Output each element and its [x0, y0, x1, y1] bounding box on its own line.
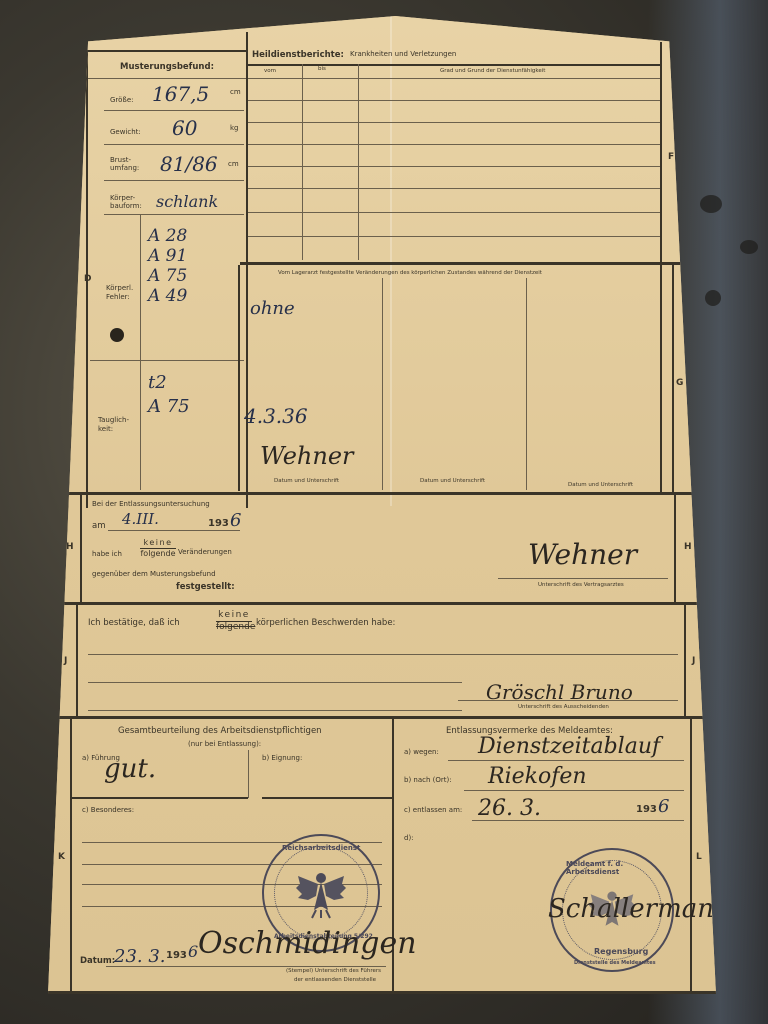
margin-letter-g: G [676, 378, 683, 388]
koerperbau-label: Körper-bauform: [110, 194, 146, 210]
signature-rule [498, 578, 668, 579]
section-l-nach-label: b) nach (Ort): [404, 776, 452, 784]
paper-fold [390, 16, 392, 506]
lagerarzt-col-rule [526, 278, 527, 490]
section-l-nach-value: Riekofen [488, 764, 587, 789]
section-h-line1: Bei der Entlassungsuntersuchung [92, 500, 210, 508]
section-j-right-rule [684, 605, 686, 717]
section-l-wegen-value: Dienstzeitablauf [478, 734, 660, 759]
row-rule [248, 236, 660, 237]
stamp-top-text: Reichsarbeitsdienst [282, 844, 360, 852]
section-h-top-rule [62, 492, 702, 495]
rule [104, 214, 244, 215]
brust-value: 81/86 [160, 152, 218, 176]
rule-dotted [448, 760, 684, 761]
lagerarzt-left-rule [238, 265, 240, 491]
section-j-top-rule [58, 602, 714, 605]
section-h-am-label: am [92, 521, 106, 531]
row-rule [248, 100, 660, 101]
margin-letter-h-left: H [66, 542, 74, 552]
col-rule [302, 64, 303, 260]
rule-dotted [464, 790, 684, 791]
lagerarzt-title: Vom Lagerarzt festgestellte Veränderunge… [278, 270, 542, 276]
margin-letter-h-right: H [684, 542, 692, 552]
lagerarzt-signature: Wehner [260, 442, 354, 470]
section-l-wegen-label: a) wegen: [404, 748, 439, 756]
section-l-year-prefix: 193 [636, 804, 657, 815]
row-rule [248, 122, 660, 123]
signature-rule [458, 700, 678, 701]
groesse-value: 167,5 [152, 82, 209, 106]
section-k-subtitle: (nur bei Entlassung): [188, 740, 261, 748]
section-j-text-before: Ich bestätige, daß ich [88, 618, 180, 628]
stamp-footer-text: Dienststelle des Meldeamtes [574, 960, 656, 966]
bottom-rule [48, 991, 716, 994]
background-spot [740, 240, 758, 254]
heildienst-header-rule [248, 64, 660, 66]
section-h-festgestellt: festgestellt: [176, 582, 235, 592]
col-rule [358, 64, 359, 260]
section-k-datum-year-suffix: 6 [188, 942, 198, 961]
rule [72, 797, 248, 799]
groesse-unit: cm [230, 88, 241, 96]
col-vom: vom [264, 68, 276, 74]
lagerarzt-entry-text: ohne [250, 298, 295, 319]
lagerarzt-footer-3: Datum und Unterschrift [568, 482, 633, 488]
tauglichkeit-value-2: A 75 [148, 396, 190, 417]
section-l-entlassen-label: c) entlassen am: [404, 806, 462, 814]
heildienst-bottom-rule [240, 262, 690, 265]
section-l-right-rule [690, 719, 692, 991]
section-l-signature: Schallermann [548, 894, 731, 924]
section-h-keine-folgende: keine folgende [140, 538, 176, 558]
lagerarzt-footer-2: Datum und Unterschrift [420, 478, 485, 484]
rule [88, 682, 462, 683]
border-top-left [86, 50, 248, 52]
brust-label: Brust-umfang: [110, 156, 144, 172]
brust-unit: cm [228, 160, 239, 168]
divider-musterung [246, 32, 248, 508]
section-k-left-rule [70, 719, 72, 991]
lagerarzt-col-rule [382, 278, 383, 490]
section-j-keine-folgende: keine folgende [216, 610, 252, 632]
rule [104, 180, 244, 181]
section-h-keine: keine [140, 538, 176, 549]
document-sheet: Musterungsbefund: Größe: 167,5 cm Gewich… [48, 16, 716, 994]
background-spot [700, 195, 722, 213]
heildienst-subtitle: Krankheiten und Verletzungen [350, 50, 456, 58]
row-rule [248, 78, 660, 79]
section-h-gegenueber: gegenüber dem Musterungsbefund [92, 570, 216, 578]
section-j-folgende-struck: folgende [216, 622, 252, 632]
section-k-sig-label-2: der entlassenden Dienststelle [294, 977, 376, 983]
lagerarzt-footer-1: Datum und Unterschrift [274, 478, 339, 484]
lagerarzt-entry-date: 4.3.36 [244, 404, 308, 428]
gewicht-label: Gewicht: [110, 128, 141, 136]
section-k-datum-year-prefix: 193 [166, 950, 187, 961]
rule [262, 797, 392, 799]
section-k-top-rule [48, 716, 716, 719]
fehler-value-3: A 75 [148, 266, 187, 286]
fehler-value-4: A 49 [148, 286, 187, 306]
row-rule [248, 144, 660, 145]
fehler-value-2: A 91 [148, 246, 187, 266]
section-l-entlassen-value: 26. 3. [478, 796, 541, 821]
section-h-veraenderungen: Veränderungen [178, 548, 232, 556]
section-j-left-rule [76, 605, 78, 717]
fehler-label: Körperl. Fehler: [106, 284, 138, 302]
margin-letter-j-right: J [692, 656, 695, 666]
rule [88, 78, 246, 79]
section-k-eignung-label: b) Eignung: [262, 754, 302, 762]
section-h-year-suffix: 6 [230, 510, 241, 531]
section-j-signature-label: Unterschrift des Ausscheidenden [518, 704, 609, 710]
section-k-besonderes-label: c) Besonderes: [82, 806, 134, 814]
rule [90, 360, 244, 361]
rule-vertical [140, 214, 141, 490]
rule-dotted [472, 820, 684, 821]
section-j-keine: keine [216, 610, 252, 622]
heildienst-title: Heildienstberichte: [252, 50, 344, 60]
punch-hole [110, 328, 124, 342]
koerperbau-value: schlank [156, 192, 218, 211]
col-bis: bis [318, 66, 326, 72]
margin-letter-k: K [58, 852, 65, 862]
margin-letter-j-left: J [64, 656, 67, 666]
gewicht-unit: kg [230, 124, 239, 132]
section-j-text-after: körperlichen Beschwerden habe: [256, 618, 395, 628]
section-k-signature: Oschmidingen [198, 926, 417, 961]
col-grad: Grad und Grund der Dienstunfähigkeit [440, 68, 545, 74]
section-k-datum-label: Datum: [80, 956, 115, 966]
groesse-label: Größe: [110, 96, 134, 104]
rule [88, 654, 678, 655]
border-right-upper [660, 42, 662, 492]
section-h-right-rule [674, 495, 676, 603]
section-l-d-label: d): [404, 834, 414, 842]
stamp-top-text: Meldeamt f. d. Arbeitsdienst [566, 860, 672, 876]
stamp-bottom-text: Regensburg [594, 947, 648, 956]
section-h-folgende: folgende [140, 549, 176, 558]
rule-dotted [108, 530, 240, 531]
margin-letter-d: D [84, 274, 91, 284]
rule [88, 710, 462, 711]
fehler-value-1: A 28 [148, 226, 187, 246]
section-h-am-value: 4.III. [122, 510, 159, 528]
tauglichkeit-value-1: t2 [148, 372, 167, 393]
rule [104, 144, 244, 145]
row-rule [248, 212, 660, 213]
margin-letter-f: F [668, 152, 674, 162]
section-k-datum-value: 23. 3. [114, 946, 166, 967]
section-h-left-rule [80, 495, 82, 603]
section-h-year-prefix: 193 [208, 518, 229, 529]
section-k-sig-label-1: (Stempel) Unterschrift des Führers [286, 968, 381, 974]
rule-vertical [248, 750, 249, 798]
tauglichkeit-label: Tauglich-keit: [98, 416, 132, 434]
section-k-fuehrung-value: gut. [104, 754, 156, 784]
section-h-signature: Wehner [528, 538, 637, 571]
musterung-title: Musterungsbefund: [120, 62, 214, 72]
gewicht-value: 60 [172, 116, 197, 140]
lagerarzt-right-rule [672, 265, 674, 493]
row-rule [248, 188, 660, 189]
section-h-habe-ich: habe ich [92, 550, 122, 558]
margin-letter-l: L [696, 852, 702, 862]
section-k-title: Gesamtbeurteilung des Arbeitsdienstpflic… [118, 726, 322, 736]
row-rule [248, 166, 660, 167]
rule-dotted [106, 966, 386, 967]
section-l-year-suffix: 6 [658, 796, 669, 817]
background-spot [705, 290, 721, 306]
rule [104, 110, 244, 111]
section-h-signature-label: Unterschrift des Vertragsarztes [538, 582, 624, 588]
